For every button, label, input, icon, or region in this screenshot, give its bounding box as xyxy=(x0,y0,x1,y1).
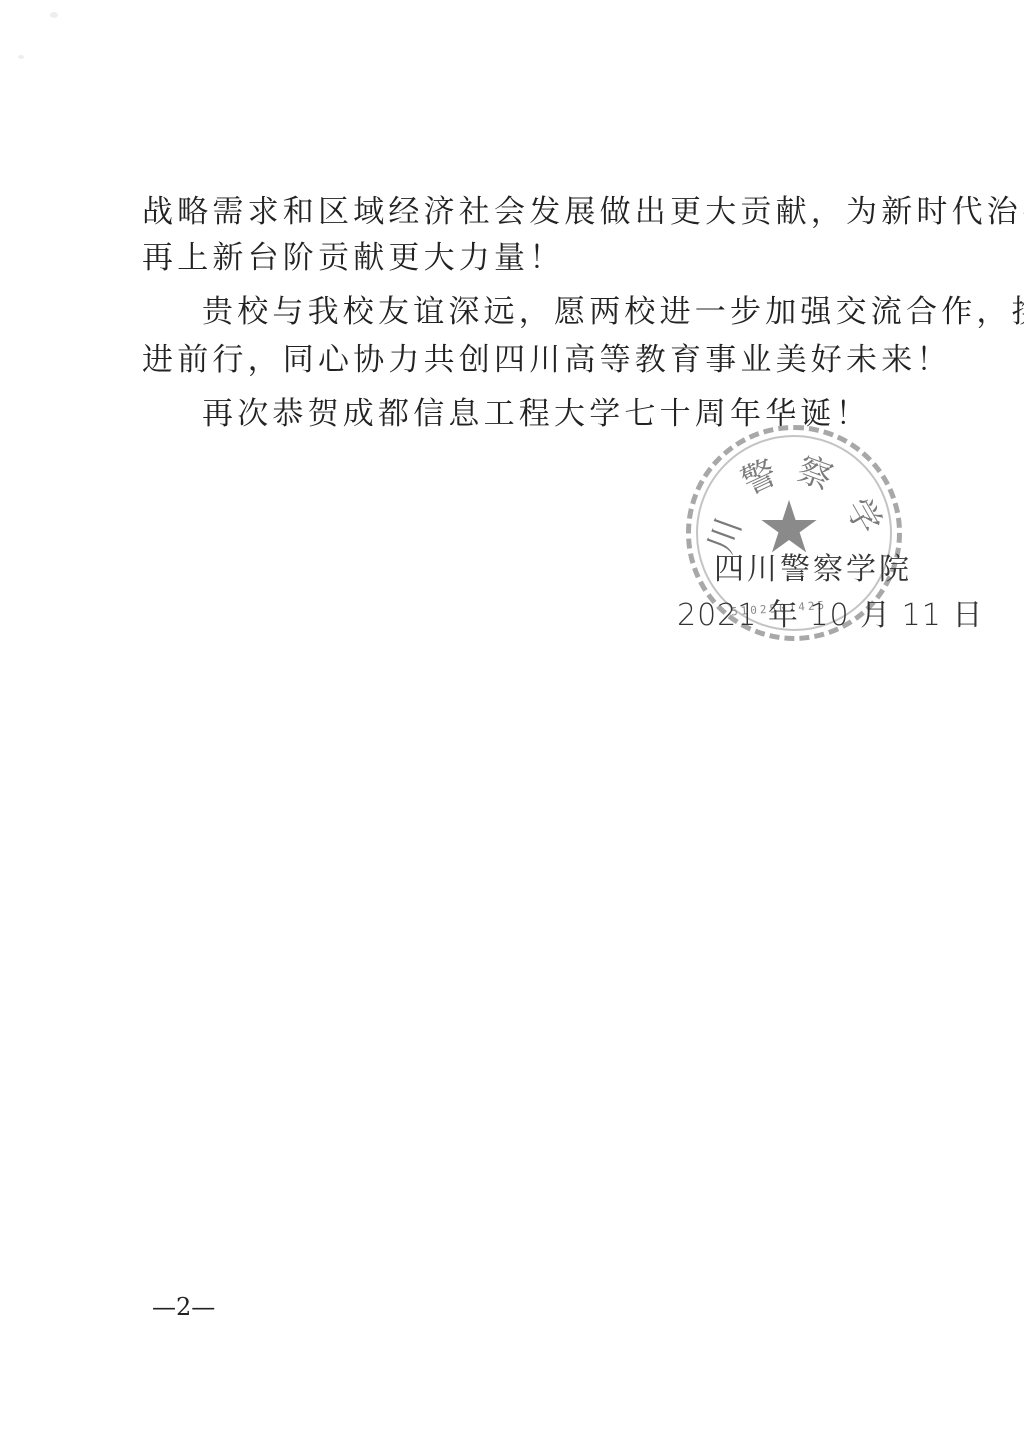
scan-artifact xyxy=(18,55,24,59)
document-page: 战略需求和区域经济社会发展做出更大贡献，为新时代治蜀兴川 再上新台阶贡献更大力量… xyxy=(0,0,1024,1448)
page-number: —2— xyxy=(152,1293,215,1321)
body-text-line: 进前行，同心协力共创四川高等教育事业美好未来！ xyxy=(142,340,952,380)
scan-artifact xyxy=(50,12,58,18)
signature-organization: 四川警察学院 xyxy=(714,544,912,588)
signature-date: 2021 年 10 月 11 日 xyxy=(677,590,983,634)
body-text-line: 贵校与我校友谊深远，愿两校进一步加强交流合作，携手并 xyxy=(202,292,1024,332)
body-text-line: 再上新台阶贡献更大力量！ xyxy=(142,238,564,278)
body-text-line: 战略需求和区域经济社会发展做出更大贡献，为新时代治蜀兴川 xyxy=(142,192,1024,232)
